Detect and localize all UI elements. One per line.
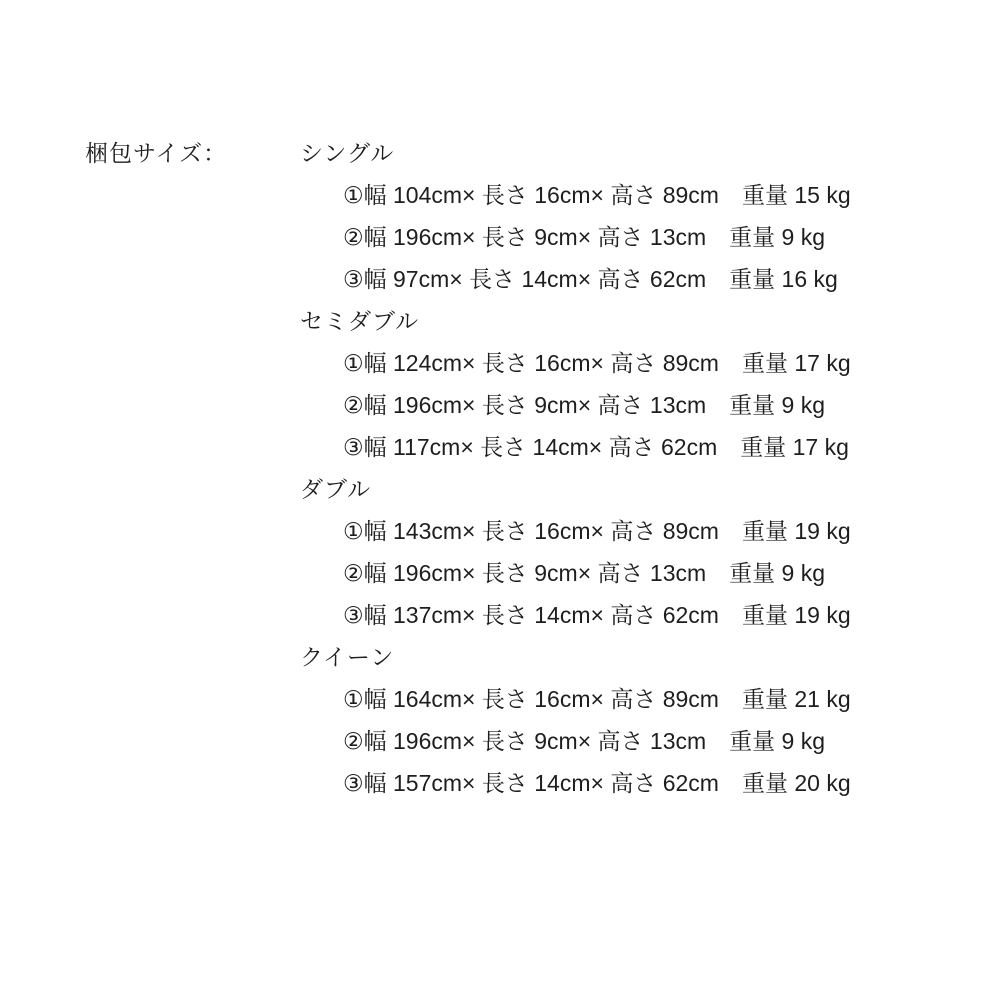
- packing-size-document: 梱包サイズ： シングル ①幅 104cm× 長さ 16cm× 高さ 89cm 重…: [0, 0, 1000, 1000]
- section-title-double: ダブル: [300, 468, 851, 510]
- size-row: ③幅 97cm× 長さ 14cm× 高さ 62cm 重量 16 kg: [300, 258, 851, 300]
- section-title-semi-double: セミダブル: [300, 300, 851, 342]
- size-row: ①幅 124cm× 長さ 16cm× 高さ 89cm 重量 17 kg: [300, 342, 851, 384]
- size-row: ②幅 196cm× 長さ 9cm× 高さ 13cm 重量 9 kg: [300, 384, 851, 426]
- size-row: ②幅 196cm× 長さ 9cm× 高さ 13cm 重量 9 kg: [300, 216, 851, 258]
- packing-size-label: 梱包サイズ：: [85, 132, 227, 174]
- size-row: ①幅 104cm× 長さ 16cm× 高さ 89cm 重量 15 kg: [300, 174, 851, 216]
- section-title-queen: クイーン: [300, 636, 851, 678]
- size-row: ①幅 143cm× 長さ 16cm× 高さ 89cm 重量 19 kg: [300, 510, 851, 552]
- packing-size-list: シングル ①幅 104cm× 長さ 16cm× 高さ 89cm 重量 15 kg…: [300, 132, 851, 804]
- section-title-single: シングル: [300, 132, 851, 174]
- size-row: ②幅 196cm× 長さ 9cm× 高さ 13cm 重量 9 kg: [300, 552, 851, 594]
- size-row: ①幅 164cm× 長さ 16cm× 高さ 89cm 重量 21 kg: [300, 678, 851, 720]
- size-row: ③幅 137cm× 長さ 14cm× 高さ 62cm 重量 19 kg: [300, 594, 851, 636]
- section-double: ダブル ①幅 143cm× 長さ 16cm× 高さ 89cm 重量 19 kg …: [300, 468, 851, 636]
- section-queen: クイーン ①幅 164cm× 長さ 16cm× 高さ 89cm 重量 21 kg…: [300, 636, 851, 804]
- size-row: ③幅 157cm× 長さ 14cm× 高さ 62cm 重量 20 kg: [300, 762, 851, 804]
- section-semi-double: セミダブル ①幅 124cm× 長さ 16cm× 高さ 89cm 重量 17 k…: [300, 300, 851, 468]
- size-row: ②幅 196cm× 長さ 9cm× 高さ 13cm 重量 9 kg: [300, 720, 851, 762]
- section-single: シングル ①幅 104cm× 長さ 16cm× 高さ 89cm 重量 15 kg…: [300, 132, 851, 300]
- size-row: ③幅 117cm× 長さ 14cm× 高さ 62cm 重量 17 kg: [300, 426, 851, 468]
